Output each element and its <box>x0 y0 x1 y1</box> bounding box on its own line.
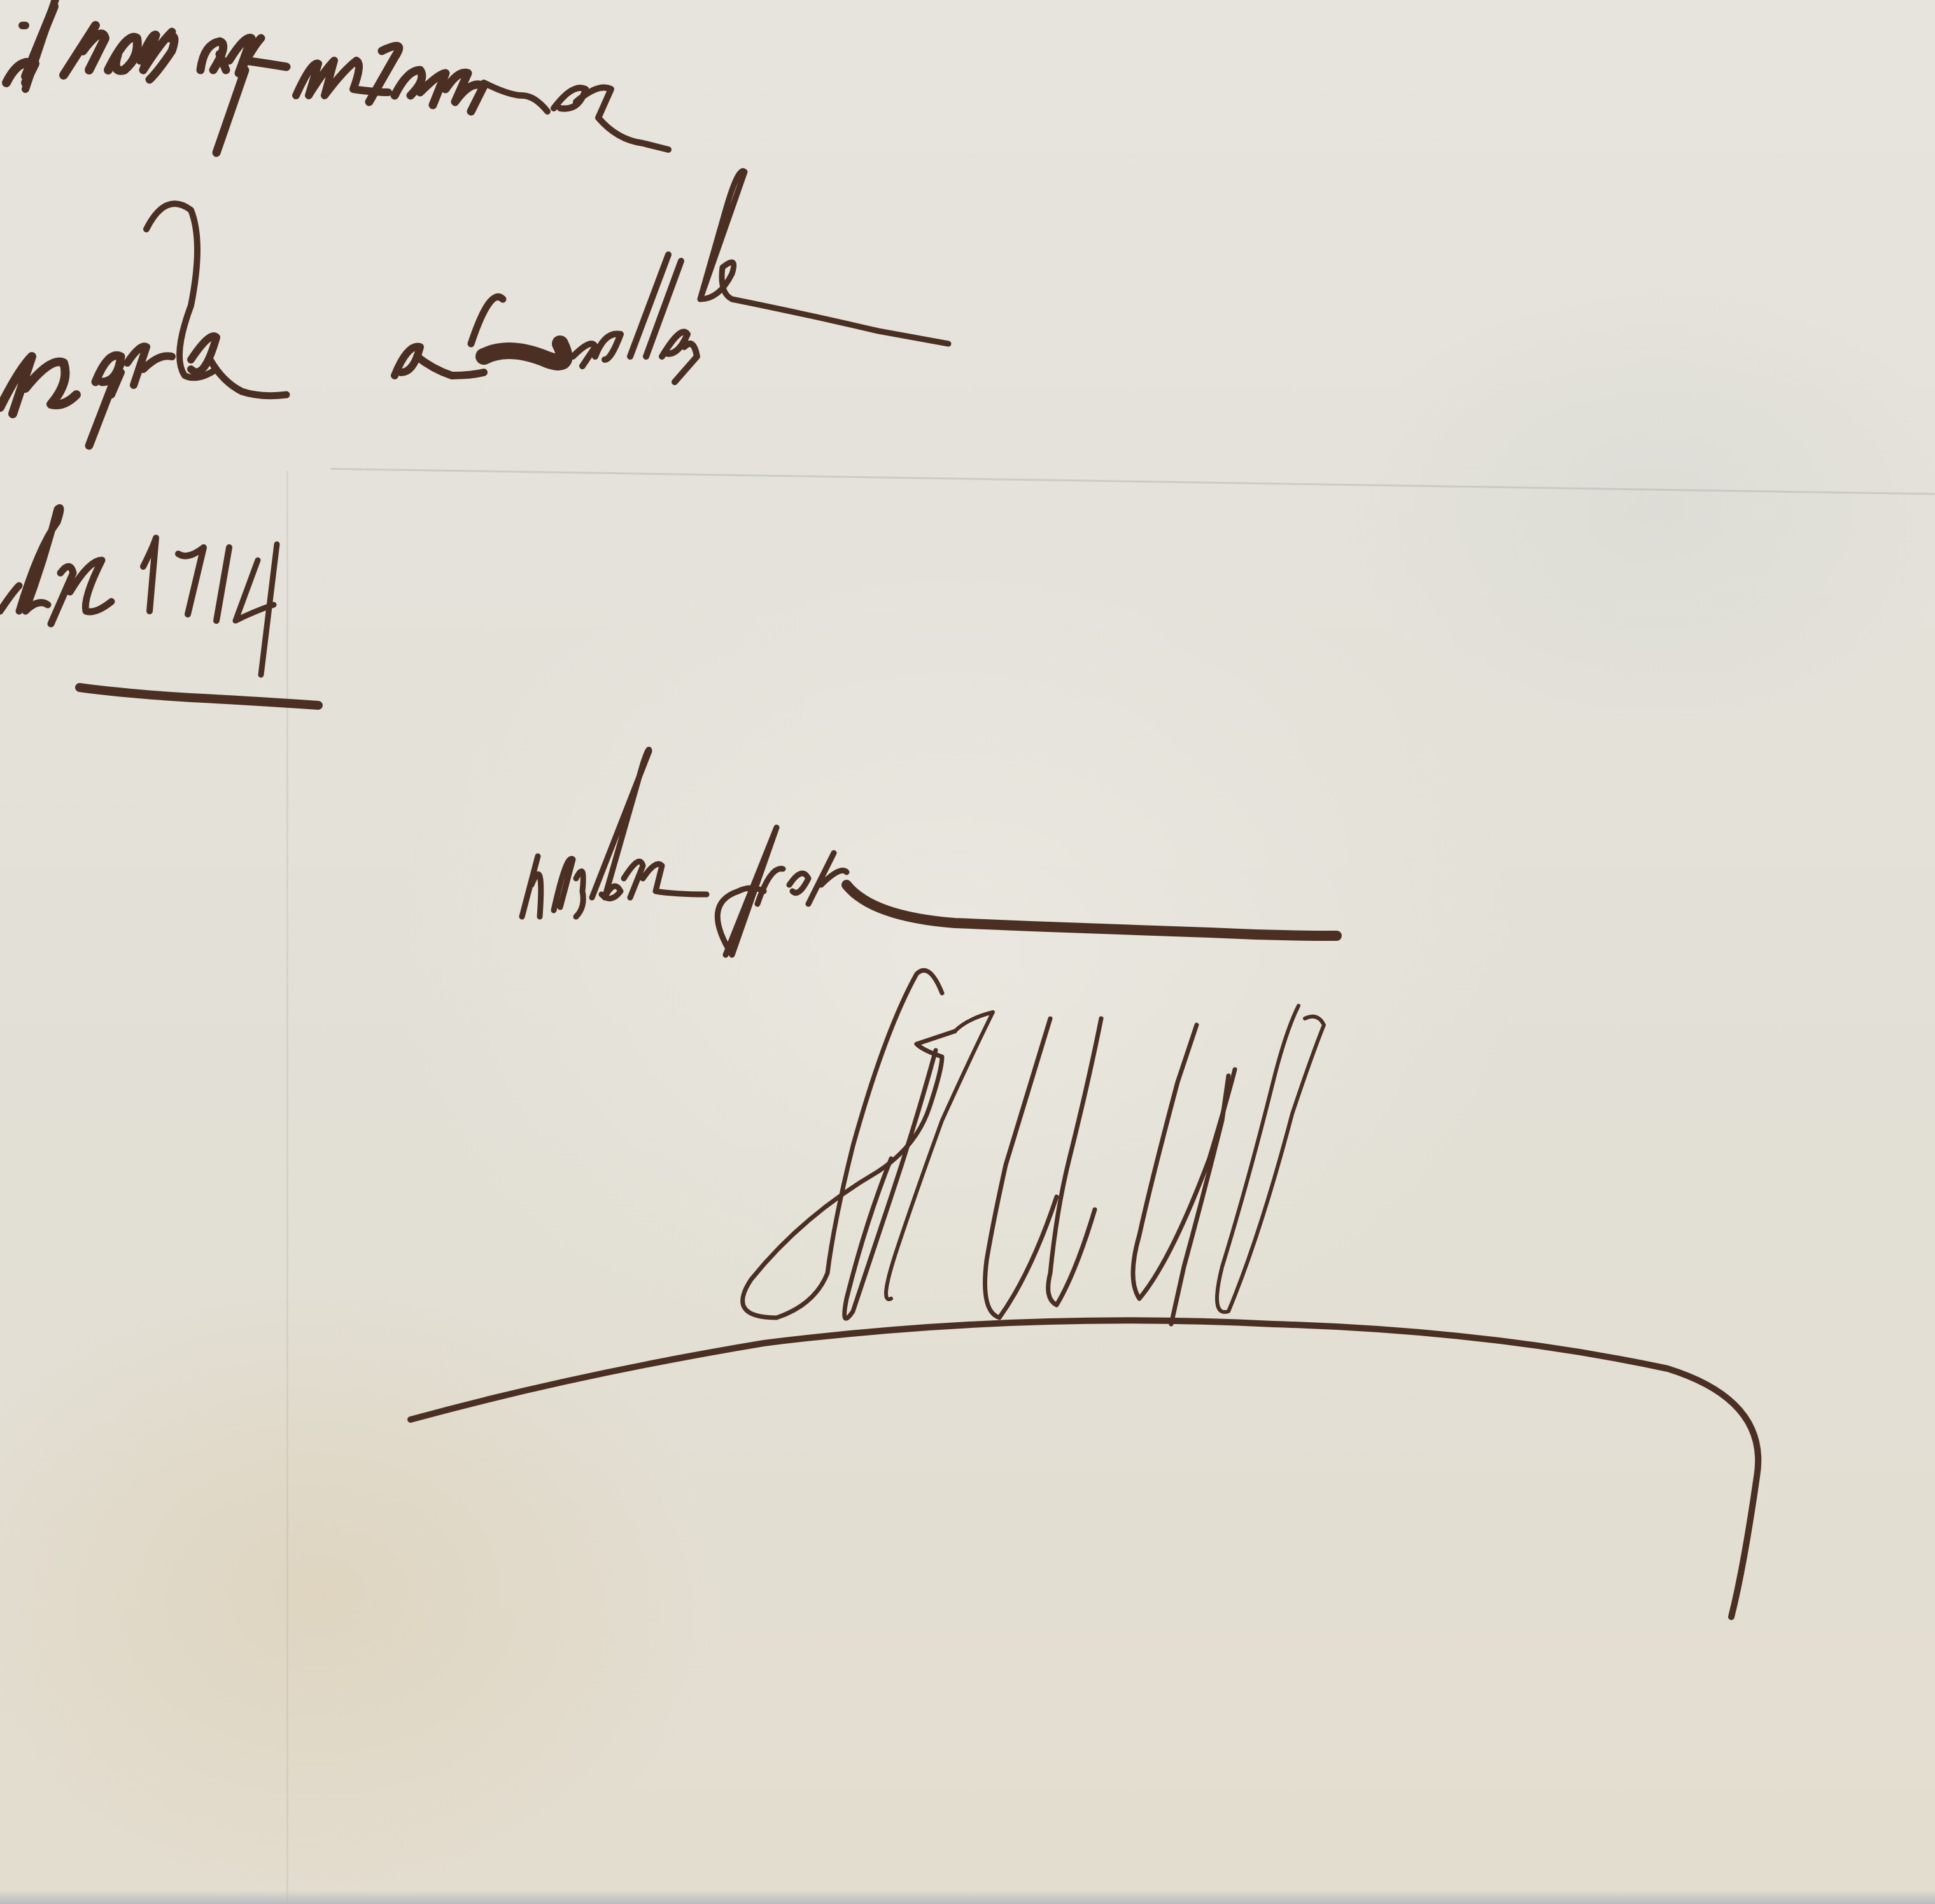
handwriting-line-2 <box>0 171 948 446</box>
date-underline <box>80 688 318 705</box>
signature <box>743 970 1324 1324</box>
handwriting-layer <box>0 0 1935 1904</box>
closing-line <box>522 750 1337 956</box>
handwriting-line-1 <box>6 0 668 153</box>
handwriting-line-3 <box>0 508 277 675</box>
signature-flourish <box>411 1320 1758 1617</box>
